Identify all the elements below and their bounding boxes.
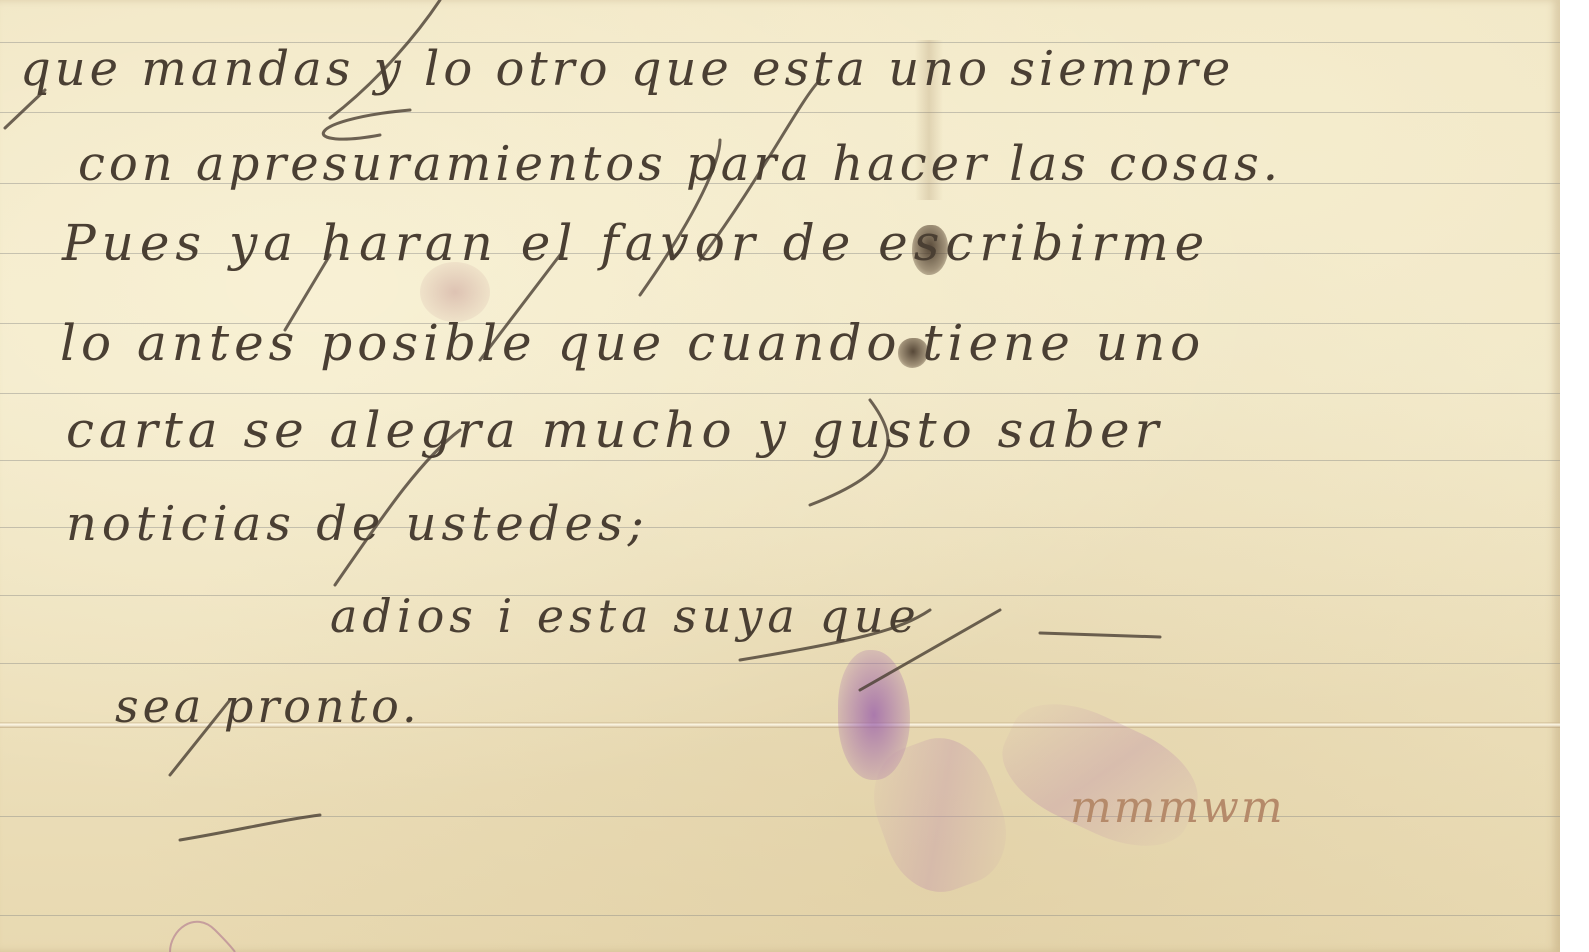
ruled-line (0, 663, 1560, 664)
ruled-line (0, 393, 1560, 394)
ruled-line (0, 915, 1560, 916)
ruled-line (0, 112, 1560, 113)
letter-line-3: Pues ya haran el favor de escribirme (62, 218, 1210, 268)
letter-line-6: noticias de ustedes; (66, 500, 649, 548)
ruled-line (0, 460, 1560, 461)
pen-test-scribble: mmmwm (1070, 782, 1285, 833)
letter-line-1: que mandas y lo otro que esta uno siempr… (20, 45, 1234, 93)
letter-paper: que mandas y lo otro que esta uno siempr… (0, 0, 1560, 952)
purple-wash-stain (986, 683, 1214, 867)
letter-line-7: adios i esta suya que (330, 593, 921, 639)
letter-line-2: con apresuramientos para hacer las cosas… (78, 140, 1282, 188)
letter-line-5: carta se alegra mucho y gusto saber (66, 405, 1164, 455)
letter-line-4: lo antes posible que cuando tiene uno (60, 318, 1205, 368)
ruled-line (0, 816, 1560, 817)
letter-line-8: sea pronto. (115, 683, 421, 729)
